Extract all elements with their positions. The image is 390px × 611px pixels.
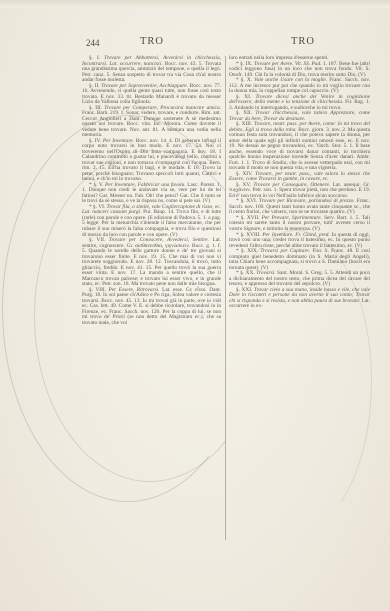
dictionary-entry: * §. XIX. Trovarsi per Capitare. Fior. S… bbox=[229, 249, 370, 271]
dictionary-entry: §. I. Trovare per Abbattersi, Avvenirsi … bbox=[82, 56, 221, 84]
entry-citations: Bocc. nov. 14. 4. Di generare infingì il… bbox=[82, 138, 221, 183]
dictionary-entry: * §. IX. Trovare per Avere. Vit. SS. Pad… bbox=[229, 62, 370, 79]
dictionary-entry: §. XIII. Trovare, neutr. pass. per Avere… bbox=[229, 122, 370, 172]
scanned-page: 244 TRO TRO §. I. Trovare per Abbattersi… bbox=[0, 0, 390, 611]
dictionary-entry: * §. XVIII. Per Inventare. Fr. Giord. pr… bbox=[229, 233, 370, 250]
page-top-edge bbox=[0, 0, 390, 8]
entry-citations: Lat. esse. Gr. εἶναι. Dant. Purg. 16. Io… bbox=[82, 287, 221, 326]
dictionary-entry: §. VII. Trovare per Conoscere, Avvedersi… bbox=[82, 238, 221, 288]
dictionary-entry: * §. X. Vale anche Usare con la moglie. … bbox=[229, 78, 370, 95]
running-head-left: TRO bbox=[140, 36, 164, 48]
dictionary-entry: * §. XVII. Per Provare, Sperimentare. Se… bbox=[229, 216, 370, 233]
dictionary-entry: §. VIII. Per Essere, Ritrovarsi. Lat. es… bbox=[82, 288, 221, 327]
running-head-right: TRO bbox=[291, 36, 315, 48]
dictionary-entry: §. IV. Per Inventare. Bocc. nov. 14. 4. … bbox=[82, 139, 221, 183]
left-column: §. I. Trovare per Abbattersi, Avvenirsi … bbox=[82, 56, 221, 326]
column-rule bbox=[225, 56, 226, 540]
entry-citations: Franc. Barb. 219. 1. Sonar, vedere, trov… bbox=[82, 110, 221, 138]
entry-citations: Bocc. giorn. 3. nov. 2. Ma questa cotinu… bbox=[229, 127, 370, 172]
dictionary-entry: §. III. Trovare per Comperare, Procurars… bbox=[82, 106, 221, 139]
dictionary-entry: §. XV. Trovare per Conseguire, Ottenere.… bbox=[229, 183, 370, 200]
dictionary-entry: §. XI. Trovare dicesi anche del Venire i… bbox=[229, 95, 370, 112]
right-column: loro entrati nella loro impresa d'essern… bbox=[229, 56, 370, 310]
dictionary-entry: * §. XX. Trovarsi. Sant. Moral. S. Greg.… bbox=[229, 271, 370, 288]
dictionary-entry: §. XXI. Trovar cielo a sua mano, inside … bbox=[229, 288, 370, 310]
dictionary-entry: * §. V. Per Inventare, Fabbricar una fav… bbox=[82, 183, 221, 205]
dictionary-entry: * §. XVI. Trovare per Ricavare, parlando… bbox=[229, 199, 370, 216]
dictionary-entry: §. II. Trovare per Sopravvenire, Acchiap… bbox=[82, 84, 221, 106]
entry-citations: Lat. sentire, cognoscere. Gr. αισθάνεσθα… bbox=[82, 237, 221, 287]
dictionary-entry: * §. VI. Trovar fila, o simile, vale Cog… bbox=[82, 205, 221, 238]
page-number: 244 bbox=[86, 38, 100, 50]
